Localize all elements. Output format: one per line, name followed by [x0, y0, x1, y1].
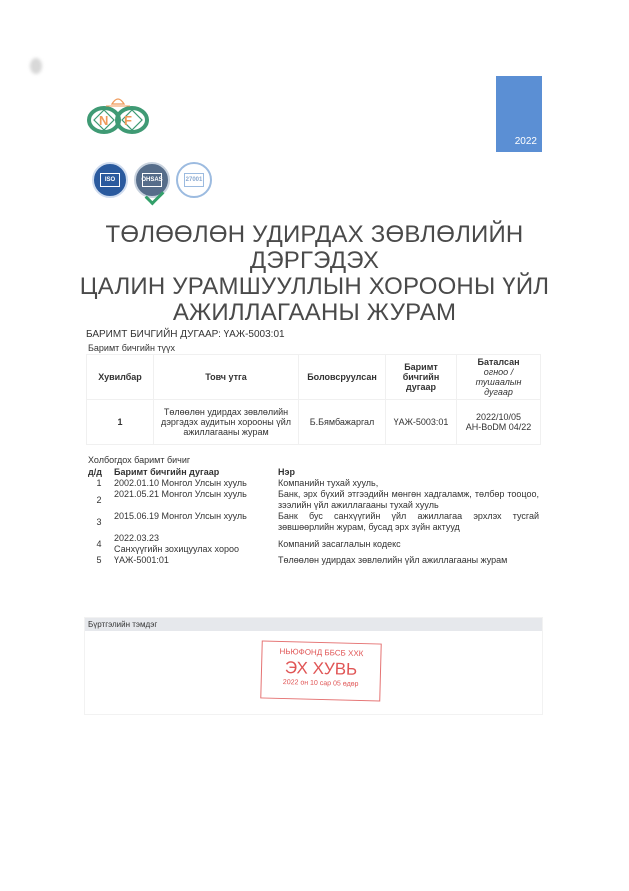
table-row: 3 2015.06.19 Монгол Улсын хууль Банк бус… — [86, 511, 541, 533]
cell-prepared-by: Б.Бямбажаргал — [299, 400, 386, 445]
document-number: БАРИМТ БИЧГИЙН ДУГААР: ҮАЖ-5003:01 — [86, 329, 285, 340]
table-header-row: Хувилбар Товч утга Боловсруулсан Баримт … — [87, 355, 541, 400]
header-name: Нэр — [276, 466, 541, 478]
original-copy-stamp: НЬЮФОНД ББСБ ХХК ЭХ ХУВЬ 2022 он 10 сар … — [260, 640, 381, 701]
table-row: 2 2021.05.21 Монгол Улсын хууль Банк, эр… — [86, 489, 541, 511]
cell-doc-number: ҮАЖ-5003:01 — [386, 400, 457, 445]
related-section-label: Холбогдох баримт бичиг — [88, 455, 190, 465]
document-history-table: Хувилбар Товч утга Боловсруулсан Баримт … — [86, 354, 541, 445]
table-row: 4 2022.03.23 Санхүүгийн зохицуулах хороо… — [86, 533, 541, 555]
stamp-company: НЬЮФОНД ББСБ ХХК — [262, 646, 380, 658]
header-prepared-by: Боловсруулсан — [299, 355, 386, 400]
stamp-type: ЭХ ХУВЬ — [262, 657, 380, 680]
document-title: ТӨЛӨӨЛӨН УДИРДАХ ЗӨВЛӨЛИЙН ДЭРГЭДЭХ ЦАЛИ… — [60, 222, 569, 326]
svg-text:F: F — [124, 113, 132, 128]
table-row: 1 Төлөөлөн удирдах зөвлөлийн дэргэдэх ау… — [87, 400, 541, 445]
table-row: 1 2002.01.10 Монгол Улсын хууль Компаний… — [86, 478, 541, 489]
registration-box: Бүртгэлийн тэмдэг НЬЮФОНД ББСБ ХХК ЭХ ХУ… — [84, 617, 543, 715]
cell-version: 1 — [87, 400, 154, 445]
svg-text:N: N — [99, 113, 108, 128]
history-section-label: Баримт бичгийн түүх — [88, 343, 175, 353]
title-line-2: ЦАЛИН УРАМШУУЛЛЫН ХОРООНЫ ҮЙЛ — [60, 274, 569, 300]
ohsas-18001-badge-icon: OHSAS — [134, 162, 170, 198]
header-version: Хувилбар — [87, 355, 154, 400]
cell-summary: Төлөөлөн удирдах зөвлөлийн дэргэдэх ауди… — [154, 400, 299, 445]
checkmark-icon — [145, 186, 165, 206]
registration-label: Бүртгэлийн тэмдэг — [85, 618, 542, 631]
cell-approved: 2022/10/05 АН-BoDM 04/22 — [457, 400, 541, 445]
scan-smudge — [30, 58, 42, 74]
header-doc-number: Баримт бичгийн дугаар — [386, 355, 457, 400]
year-label: 2022 — [515, 136, 537, 147]
title-line-1: ТӨЛӨӨЛӨН УДИРДАХ ЗӨВЛӨЛИЙН ДЭРГЭДЭХ — [60, 222, 569, 274]
company-logo-icon: N F — [86, 94, 150, 136]
header-approved: Баталсан огноо / тушаалын дугаар — [457, 355, 541, 400]
table-header-row: д/д Баримт бичгийн дугаар Нэр — [86, 466, 541, 478]
related-documents-table: д/д Баримт бичгийн дугаар Нэр 1 2002.01.… — [86, 466, 541, 566]
year-badge: 2022 — [496, 76, 542, 152]
table-row: 5 ҮАЖ-5001:01 Төлөөлөн удирдах зөвлөлийн… — [86, 555, 541, 566]
header-num: д/д — [86, 466, 112, 478]
header-doc-number: Баримт бичгийн дугаар — [112, 466, 276, 478]
iso-9001-badge-icon: ISO — [92, 162, 128, 198]
header-summary: Товч утга — [154, 355, 299, 400]
title-line-3: АЖИЛЛАГААНЫ ЖУРАМ — [60, 300, 569, 326]
iso-27001-badge-icon: 27001 — [176, 162, 212, 198]
certification-badges: ISO OHSAS 27001 — [92, 162, 212, 198]
